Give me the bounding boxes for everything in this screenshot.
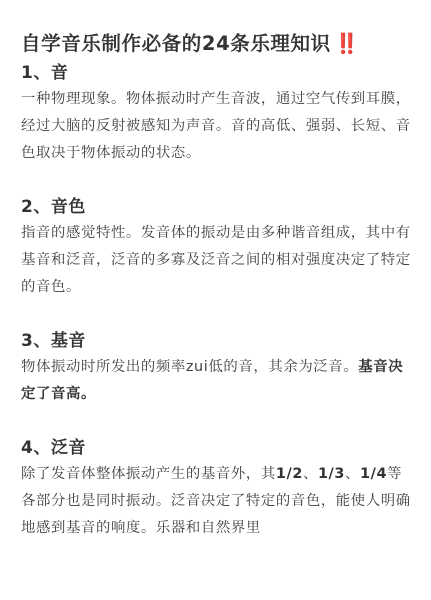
section-heading: 3、基音 [21, 328, 413, 354]
section-sound: 1、音 一种物理现象。物体振动时产生音波，通过空气传到耳膜，经过大脑的反射被感知… [21, 60, 413, 167]
article-title: 自学音乐制作必备的24条乐理知识‼️ [21, 30, 413, 58]
article: 自学音乐制作必备的24条乐理知识‼️ 1、音 一种物理现象。物体振动时产生音波，… [21, 30, 413, 542]
fraction-quarter: 1/4 [360, 466, 387, 482]
double-exclamation-icon: ‼️ [335, 32, 357, 55]
separator: 、 [345, 466, 360, 482]
fraction-half: 1/2 [276, 466, 303, 482]
section-body-text: 物体振动时所发出的频率zui低的音，其余为泛音。 [21, 359, 358, 375]
section-heading: 2、音色 [21, 194, 413, 220]
section-body: 指音的感觉特性。发音体的振动是由多种谐音组成，其中有基音和泛音，泛音的多寡及泛音… [21, 220, 413, 301]
section-fundamental: 3、基音 物体振动时所发出的频率zui低的音，其余为泛音。基音决定了音高。 [21, 328, 413, 408]
fraction-third: 1/3 [318, 466, 345, 482]
section-body-text: 除了发音体整体振动产生的基音外，其 [21, 466, 276, 482]
section-body: 除了发音体整体振动产生的基音外，其1/2、1/3、1/4等各部分也是同时振动。泛… [21, 461, 413, 542]
section-body: 一种物理现象。物体振动时产生音波，通过空气传到耳膜，经过大脑的反射被感知为声音。… [21, 86, 413, 167]
section-heading: 4、泛音 [21, 435, 413, 461]
section-overtone: 4、泛音 除了发音体整体振动产生的基音外，其1/2、1/3、1/4等各部分也是同… [21, 435, 413, 542]
section-timbre: 2、音色 指音的感觉特性。发音体的振动是由多种谐音组成，其中有基音和泛音，泛音的… [21, 194, 413, 301]
section-body: 物体振动时所发出的频率zui低的音，其余为泛音。基音决定了音高。 [21, 354, 413, 408]
article-title-text: 自学音乐制作必备的24条乐理知识 [21, 32, 331, 55]
separator: 、 [303, 466, 318, 482]
section-heading: 1、音 [21, 60, 413, 86]
